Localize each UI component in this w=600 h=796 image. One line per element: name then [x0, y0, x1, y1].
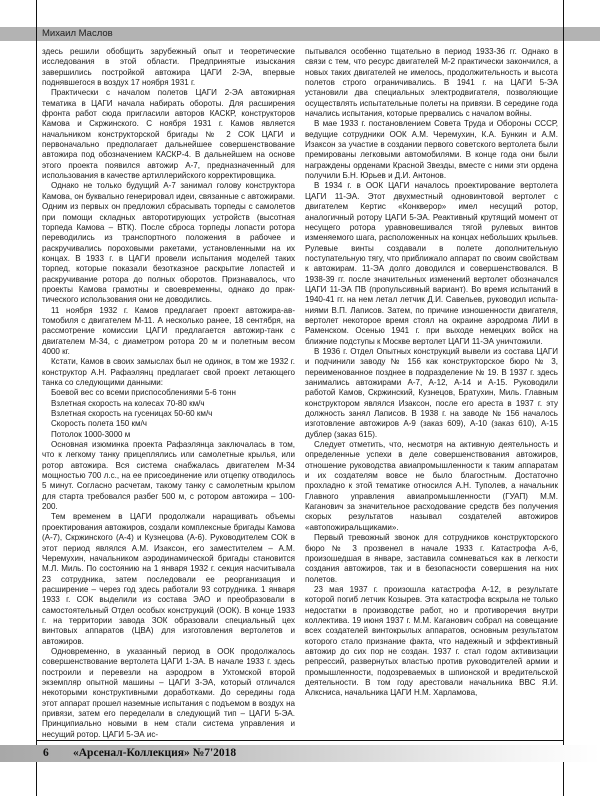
spec-list-item: Боевой вес со всеми приспособлениями 5-6…	[42, 388, 295, 398]
paragraph: здесь решили обобщить зарубежный опыт и …	[42, 47, 295, 88]
article-body: здесь решили обобщить зарубежный опыт и …	[42, 47, 559, 739]
publication-title: «Арсенал-Коллекция» №7'2018	[73, 745, 236, 762]
running-header-author: Михаил Маслов	[42, 27, 113, 41]
text-bottom-rule	[36, 740, 564, 741]
right-column: пытывался особенно тщательно в период 19…	[305, 47, 558, 739]
spec-list-item: Потолок 1000-3000 м	[42, 430, 295, 440]
right-margin-rule	[563, 0, 564, 796]
page-number: 6	[43, 745, 49, 762]
paragraph: В 1936 г. Отдел Опытных конструкций выве…	[305, 347, 558, 440]
paragraph: Кстати, Камов в своих замыслах был не од…	[42, 357, 295, 388]
paragraph: Практически с началом полетов ЦАГИ 2-ЭА …	[42, 88, 295, 181]
paragraph: Тем временем в ЦАГИ продолжали наращиват…	[42, 512, 295, 646]
paragraph: Следует отметить, что, несмотря на актив…	[305, 440, 558, 533]
spec-list-item: Взлетная скорость на гусеницах 50-60 км/…	[42, 409, 295, 419]
paragraph: Одновременно, в указанный период в ООК п…	[42, 647, 295, 740]
paragraph: В 1934 г. в ООК ЦАГИ началось проектиров…	[305, 181, 558, 347]
spec-list-item: Взлетная скорость на колесах 70-80 км/ч	[42, 399, 295, 409]
paragraph: Однако не только будущий А-7 занимал гол…	[42, 181, 295, 305]
paragraph: Основная изюминка проекта Рафаэлянца зак…	[42, 440, 295, 512]
left-margin-rule	[36, 0, 37, 796]
paragraph: Первый тревожный звонок для сотрудников …	[305, 533, 558, 585]
paragraph: В мае 1933 г. постановлением Совета Труд…	[305, 119, 558, 181]
paragraph: пытывался особенно тщательно в период 19…	[305, 47, 558, 119]
paragraph: 11 ноября 1932 г. Камов предлагает проек…	[42, 306, 295, 358]
spec-list-item: Скорость полета 150 км/ч	[42, 419, 295, 429]
left-column: здесь решили обобщить зарубежный опыт и …	[42, 47, 295, 739]
paragraph: 23 мая 1937 г. произошла катастрофа А-12…	[305, 585, 558, 699]
